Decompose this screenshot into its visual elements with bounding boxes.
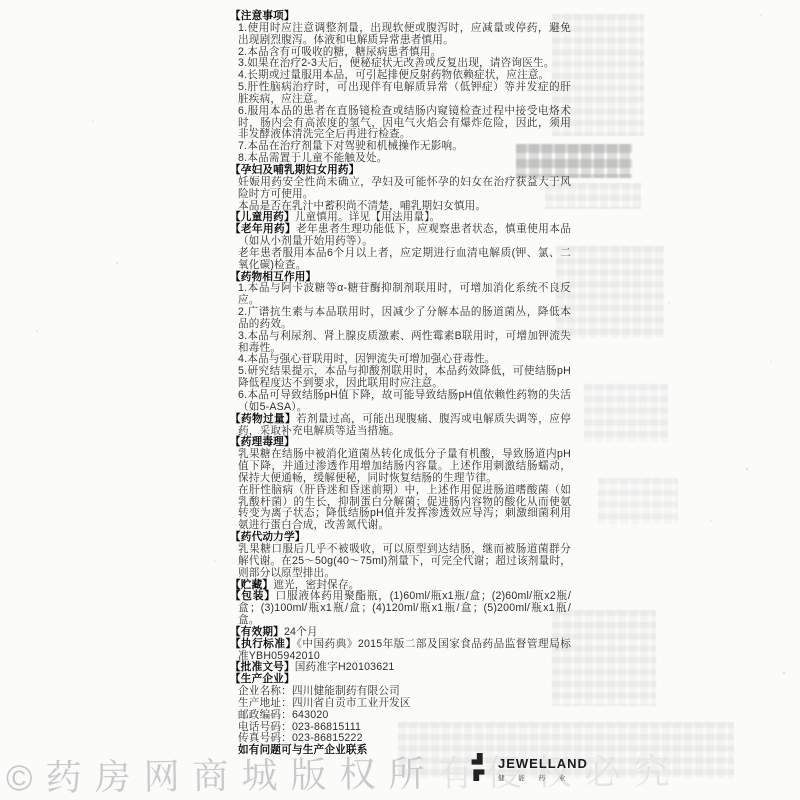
bleedthrough-ghost [584, 384, 668, 442]
jewelland-wordmark: JEWELLAND [498, 757, 588, 770]
inline-section-body: 儿童慎用。详见【用法用量】。 [295, 211, 441, 223]
inline-section-title: 【儿童用药】 [230, 211, 295, 223]
numbered-item: 5.肝性脑病治疗时，可出现伴有电解质异常（低钾症）等并发症的肝脏疾病，应注意。 [238, 82, 571, 106]
watermark-strong: ©药房网商城版权所 [6, 753, 438, 799]
jewelland-cn-name: 健 能 药 业 [498, 773, 588, 782]
brand-logo: JEWELLAND 健 能 药 业 [464, 751, 588, 788]
inline-section-title: 【老年用药】 [230, 223, 296, 235]
inline-section-title: 【批准文号】 [230, 661, 295, 673]
paragraph: 老年患者服用本品6个月以上者，应定期进行血清电解质(钾、氯、二氧化碳)检查。 [238, 248, 571, 272]
numbered-item: 1.本品与阿卡波糖等α-糖苷酶抑制剂联用时，可增加消化系统不良反应。 [238, 283, 571, 307]
inline-section-body: 24个月 [284, 626, 318, 638]
inline-section: 【药物过量】若剂量过高，可能出现腹痛、腹泻或电解质失调等，应停药，采取补充电解质… [230, 414, 571, 438]
inline-section-body: 遮光，密封保存。 [273, 579, 359, 591]
logo-cross-icon [464, 751, 492, 788]
inline-section-title: 【有效期】 [230, 626, 284, 638]
numbered-item: 5.研究结果提示，本品与抑酸剂联用时，本品药效降低，可使结肠pH降低程度达不到要… [238, 366, 571, 390]
paragraph: 邮政编码：643020 [238, 710, 571, 722]
numbered-item: 2.广谱抗生素与本品联用时，因减少了分解本品的肠道菌丛，降低本品的药效。 [238, 307, 571, 331]
scan-noise [0, 0, 2, 2]
inline-section: 【老年用药】老年患者生理功能低下，应观察患者状态，慎重使用本品（如从小剂量开始用… [230, 224, 571, 248]
paragraph: 乳果糖在结肠中被消化道菌丛转化成低分子量有机酸，导致肠道内pH值下降，并通过渗透… [238, 449, 571, 485]
paragraph: 生产地址：四川省自贡市工业开发区 [238, 698, 571, 710]
numbered-item: 3.本品与利尿剂、肾上腺皮质激素、两性霉素B联用时，可增加钾流失和毒性。 [238, 331, 571, 355]
inline-section: 【执行标准】《中国药典》2015年版二部及国家食品药品监督管理局标准YBH059… [230, 639, 571, 663]
paragraph: 乳果糖口服后几乎不被吸收，可以原型到达结肠，继而被肠道菌群分解代谢。在25～50… [238, 544, 571, 580]
inline-section-title: 【贮藏】 [230, 579, 273, 591]
inline-section-body: 国药准字H20103621 [295, 661, 395, 673]
inline-section-title: 【药物过量】 [230, 413, 296, 425]
leaflet-text: 【注意事项】1.使用时应注意调整剂量，出现软便或腹泻时，应减量或停药，避免出现剧… [230, 11, 571, 757]
inline-section: 【包装】口服液体药用聚酯瓶，(1)60ml/瓶x1瓶/盒；(2)60ml/瓶x2… [230, 591, 571, 627]
bleedthrough-ghost [598, 478, 678, 524]
inline-section-body: 口服液体药用聚酯瓶，(1)60ml/瓶x1瓶/盒；(2)60ml/瓶x2瓶/盒；… [238, 590, 571, 626]
inline-section-title: 【执行标准】 [230, 638, 297, 650]
numbered-item: 6.服用本品的患者在直肠镜检查或结肠内窥镜检查过程中接受电烙术时，肠内会有高浓度… [238, 106, 571, 142]
inline-section-title: 【包装】 [230, 590, 276, 602]
numbered-item: 1.使用时应注意调整剂量，出现软便或腹泻时，应减量或停药，避免出现剧烈腹泻。体液… [238, 23, 571, 47]
paragraph: 妊娠用药安全性尚未确立，孕妇及可能怀孕的妇女在治疗获益大于风险时方可使用。 [238, 177, 571, 201]
leaflet-page: ©药房网商城版权所有侵权必究 【注意事项】1.使用时应注意调整剂量，出现软便或腹… [0, 0, 800, 800]
bleedthrough-ghost [556, 246, 664, 338]
paragraph: 在肝性脑病（肝昏迷和昏迷前期）中，上述作用促进肠道嗜酸菌（如乳酸杆菌）的生长，抑… [238, 485, 571, 532]
numbered-item: 6.本品可导致结肠pH值下降，故可能导致结肠pH值依赖性药物的失活（如5-ASA… [238, 390, 571, 414]
